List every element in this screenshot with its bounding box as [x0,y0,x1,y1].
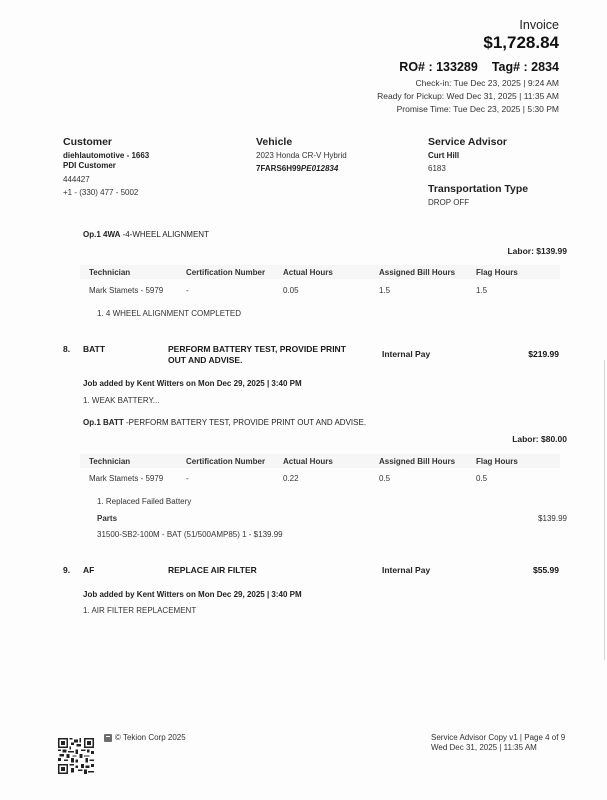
checkin-time: Check-in: Tue Dec 23, 2025 | 9:24 AM [416,78,559,88]
td-flag-hours: 1.5 [476,286,487,295]
customer-phone: +1 - (330) 477 - 5002 [63,188,138,197]
th-technician: Technician [89,268,130,277]
ro-tag-line: RO# : 133289Tag# : 2834 [399,60,559,74]
td-flag-hours: 0.5 [476,474,487,483]
job-9-description: REPLACE AIR FILTER [168,565,358,576]
customer-name: diehlautomotive - 1663 [63,151,149,160]
transportation-value: DROP OFF [428,198,469,207]
job-9-pay-type: Internal Pay [382,565,430,575]
th-certification: Certification Number [186,268,265,277]
job-8-number: 8. [63,344,70,354]
job-9-number: 9. [63,565,70,575]
footer-printed: Wed Dec 31, 2025 | 11:35 AM [431,743,537,752]
vin-suffix: PE012834 [301,164,338,173]
op-4wa-note: 1. 4 WHEEL ALIGNMENT COMPLETED [97,309,241,318]
invoice-label: Invoice [519,18,559,32]
ro-number: RO# : 133289 [399,60,478,74]
op-code: Op.1 4WA [83,230,120,239]
td-certification: - [186,474,189,483]
ready-for-pickup-time: Ready for Pickup: Wed Dec 31, 2025 | 11:… [377,91,559,101]
td-technician: Mark Stamets - 5979 [89,286,163,295]
tekion-logo-icon [104,734,112,742]
td-actual-hours: 0.05 [283,286,299,295]
op-4wa-labor: Labor: $139.99 [507,246,567,256]
job-9-added-by: Job added by Kent Witters on Mon Dec 29,… [83,590,302,599]
service-advisor-id: 6183 [428,164,446,173]
th-certification: Certification Number [186,457,265,466]
vehicle-vin: 7FARS6H99PE012834 [256,164,338,173]
op-code: Op.1 BATT [83,418,124,427]
footer-copy-info: Service Advisor Copy v1 | Page 4 of 9 [431,733,565,742]
job-8-pay-type: Internal Pay [382,349,430,359]
customer-type: PDI Customer [63,161,116,170]
qr-code-icon [58,736,94,776]
tag-number: Tag# : 2834 [492,60,559,74]
job-8-code: BATT [83,344,105,354]
job-8-description: PERFORM BATTERY TEST, PROVIDE PRINT OUT … [168,344,358,366]
th-technician: Technician [89,457,130,466]
job-8-op-line: Op.1 BATT -PERFORM BATTERY TEST, PROVIDE… [83,418,366,427]
th-actual-hours: Actual Hours [283,268,333,277]
job-9-code: AF [83,565,94,575]
th-flag-hours: Flag Hours [476,268,518,277]
job-8-note: 1. Replaced Failed Battery [97,497,191,506]
th-assigned-bill-hours: Assigned Bill Hours [379,268,455,277]
footer-copyright: © Tekion Corp 2025 [104,733,186,742]
vehicle-title: Vehicle [256,136,292,148]
job-8-concern: 1. WEAK BATTERY... [83,396,159,405]
job-8-parts-label: Parts [97,514,117,523]
op-desc: -PERFORM BATTERY TEST, PROVIDE PRINT OUT… [126,418,366,427]
customer-id: 444427 [63,175,90,184]
td-actual-hours: 0.22 [283,474,299,483]
job-8-labor: Labor: $80.00 [512,434,567,444]
service-advisor-title: Service Advisor [428,136,507,148]
promise-time: Promise Time: Tue Dec 23, 2025 | 5:30 PM [397,104,559,114]
invoice-total: $1,728.84 [483,33,559,53]
td-assigned-bill-hours: 0.5 [379,474,390,483]
job-8-amount: $219.99 [528,349,559,359]
op-4wa-line: Op.1 4WA -4-WHEEL ALIGNMENT [83,230,209,239]
th-actual-hours: Actual Hours [283,457,333,466]
job-8-parts-total: $139.99 [538,514,567,523]
vin-prefix: 7FARS6H99 [256,164,301,173]
td-technician: Mark Stamets - 5979 [89,474,163,483]
job-8-added-by: Job added by Kent Witters on Mon Dec 29,… [83,379,302,388]
copyright-text: © Tekion Corp 2025 [115,733,186,742]
job-8-part-line: 31500-SB2-100M - BAT (51/500AMP85) 1 - $… [97,530,283,539]
transportation-title: Transportation Type [428,183,528,195]
td-certification: - [186,286,189,295]
job-9-amount: $55.99 [533,565,559,575]
scan-edge-line [604,360,605,660]
th-assigned-bill-hours: Assigned Bill Hours [379,457,455,466]
th-flag-hours: Flag Hours [476,457,518,466]
job-9-concern: 1. AIR FILTER REPLACEMENT [83,606,196,615]
service-advisor-name: Curt Hill [428,151,459,160]
customer-title: Customer [63,136,112,148]
vehicle-model: 2023 Honda CR-V Hybrid [256,151,347,160]
op-desc: -4-WHEEL ALIGNMENT [123,230,209,239]
td-assigned-bill-hours: 1.5 [379,286,390,295]
